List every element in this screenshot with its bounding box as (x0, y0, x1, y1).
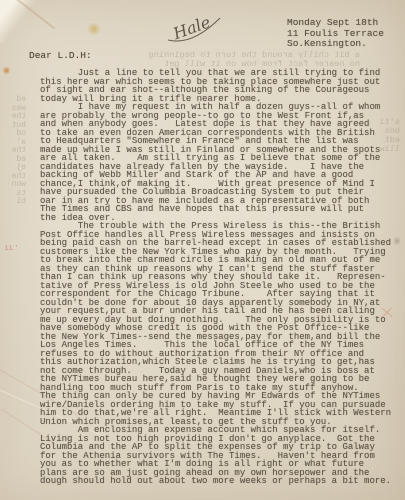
letter-heading: Monday Sept 18th 11 Foulis Terrace So.Ke… (287, 18, 384, 50)
orange-stain (3, 66, 10, 75)
letter-page: a bit chilly around the turn to beginnin… (0, 0, 405, 500)
red-margin-mark: LL' (5, 245, 19, 253)
letter-body: Just a line to tell you that we are stil… (40, 69, 400, 486)
salutation: Dear L.D.H: (29, 50, 92, 61)
bleedthrough-text: ed was the but od a' the ed ej the won t… (0, 96, 26, 207)
date-line: Monday Sept 18th (287, 18, 384, 29)
bleedthrough-text: a bit chilly around the turn to beginnin… (60, 51, 360, 70)
yellow-stain (86, 23, 102, 35)
folded-corner (0, 0, 68, 46)
address-line-2: So.Kensington. (287, 39, 384, 50)
handwritten-note: Hale (150, 2, 240, 48)
hand-note-text: Hale (170, 12, 213, 43)
